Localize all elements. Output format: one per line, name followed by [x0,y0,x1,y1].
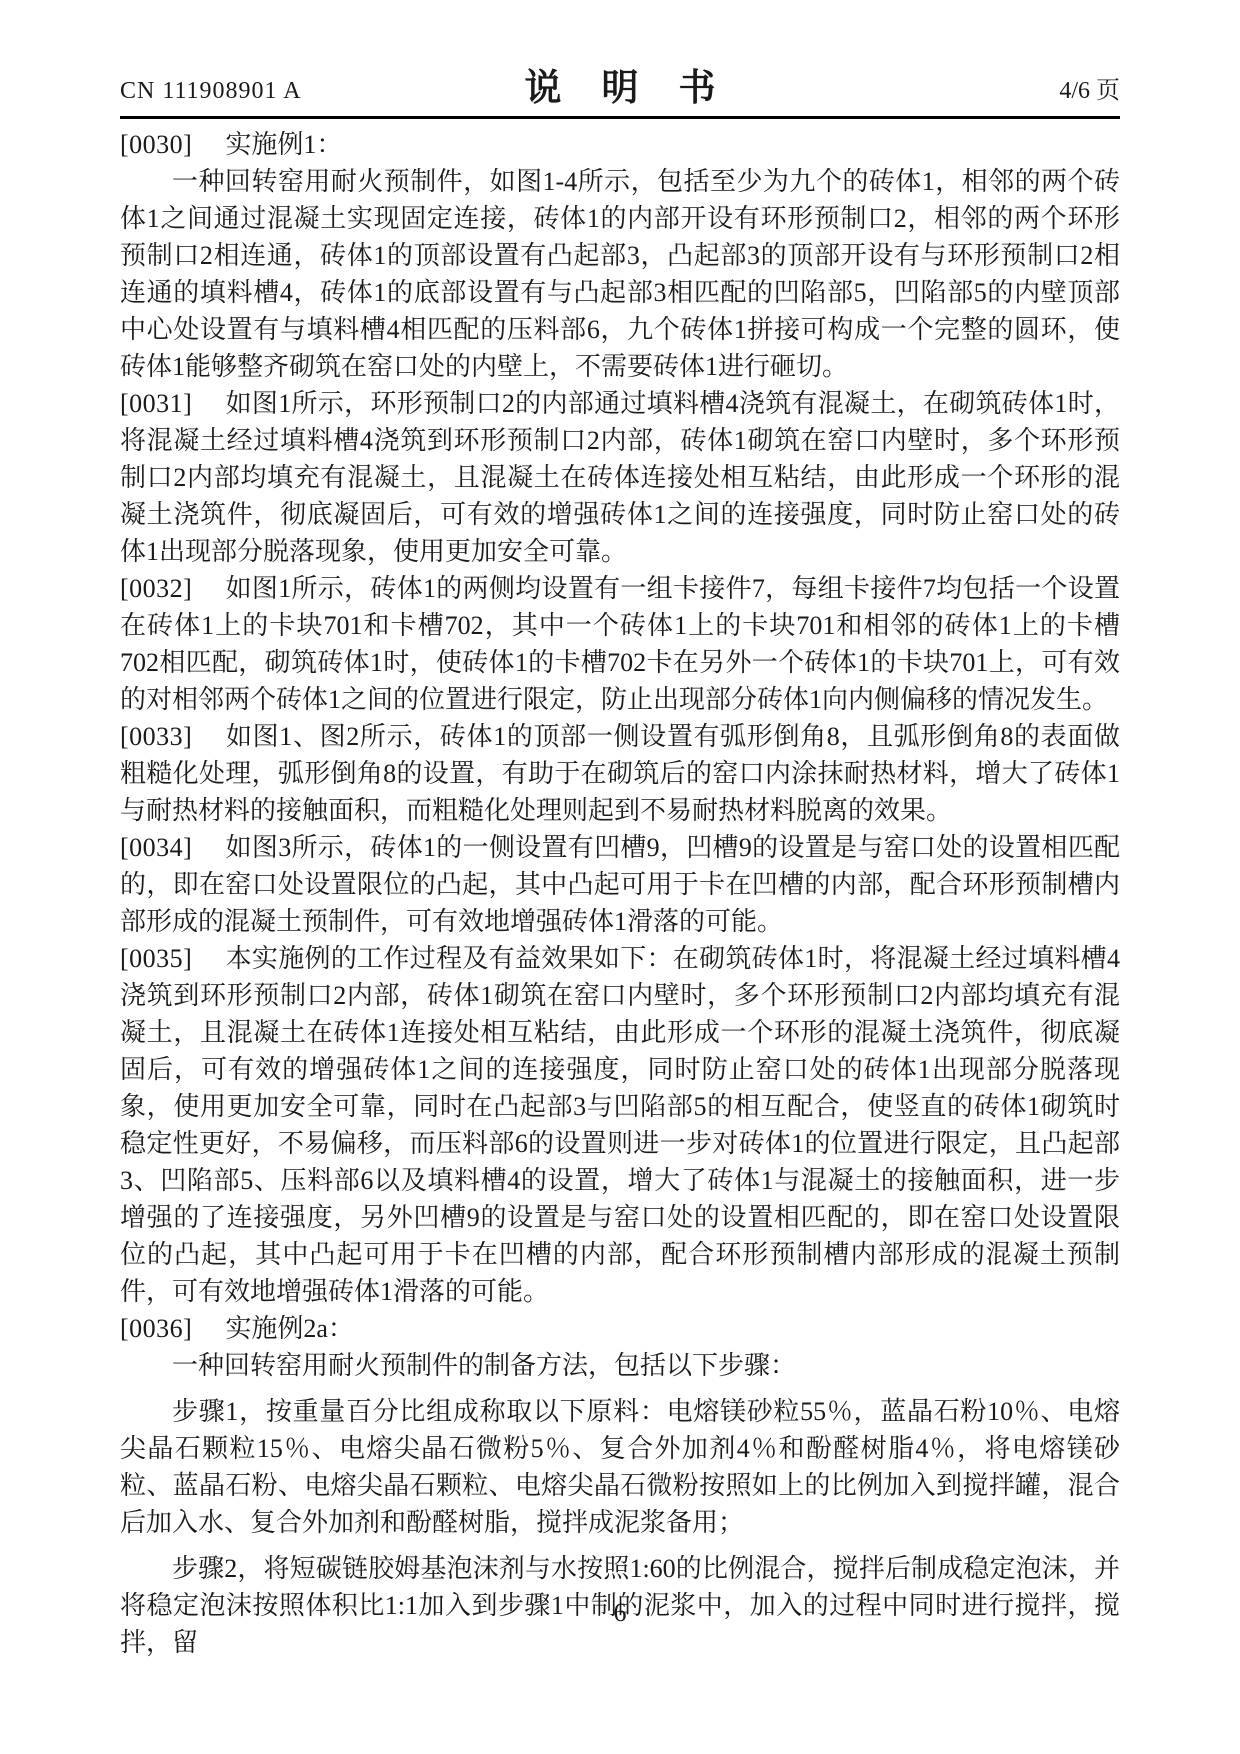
paragraph: 一种回转窑用耐火预制件，如图1-4所示，包括至少为九个的砖体1，相邻的两个砖体1… [120,163,1120,385]
page-header: CN 111908901 A 说明书 4/6 页 [120,70,1120,107]
paragraph-text: 如图1所示，环形预制口2的内部通过填料槽4浇筑有混凝土，在砌筑砖体1时，将混凝土… [120,389,1120,566]
paragraph: [0035]本实施例的工作过程及有益效果如下：在砌筑砖体1时，将混凝土经过填料槽… [120,940,1120,1310]
paragraph: [0030]实施例1： [120,126,1120,163]
paragraph-text: 一种回转窑用耐火预制件，如图1-4所示，包括至少为九个的砖体1，相邻的两个砖体1… [120,167,1120,381]
paragraph-text: 如图1所示，砖体1的两侧均设置有一组卡接件7，每组卡接件7均包括一个设置在砖体1… [120,574,1120,714]
patent-page: CN 111908901 A 说明书 4/6 页 [0030]实施例1：一种回转… [0,0,1240,1754]
document-title: 说明书 [485,70,756,107]
paragraph-text: 步骤1，按重量百分比组成称取以下原料：电熔镁砂粒55％，蓝晶石粉10％、电熔尖晶… [120,1397,1120,1537]
page-indicator: 4/6 页 [1059,70,1120,107]
paragraph-text: 本实施例的工作过程及有益效果如下：在砌筑砖体1时，将混凝土经过填料槽4浇筑到环形… [120,944,1120,1306]
paragraph-text: 实施例1： [225,130,342,159]
paragraph-text: 如图1、图2所示，砖体1的顶部一侧设置有弧形倒角8，且弧形倒角8的表面做粗糙化处… [120,722,1120,825]
paragraph: [0034]如图3所示，砖体1的一侧设置有凹槽9，凹槽9的设置是与窑口处的设置相… [120,829,1120,940]
paragraph-text: 如图3所示，砖体1的一侧设置有凹槽9，凹槽9的设置是与窑口处的设置相匹配的，即在… [120,833,1120,936]
page-footer: 6 [0,1598,1240,1628]
paragraph: [0032]如图1所示，砖体1的两侧均设置有一组卡接件7，每组卡接件7均包括一个… [120,570,1120,718]
paragraph: 一种回转窑用耐火预制件的制备方法，包括以下步骤： [120,1347,1120,1384]
paragraph-number: [0030] [120,130,225,159]
paragraph-text: 一种回转窑用耐火预制件的制备方法，包括以下步骤： [172,1351,796,1380]
body-paragraphs: [0030]实施例1：一种回转窑用耐火预制件，如图1-4所示，包括至少为九个的砖… [120,126,1120,1661]
paragraph-number: [0032] [120,574,225,603]
paragraph-number: [0035] [120,944,225,973]
paragraph-number: [0031] [120,389,225,418]
paragraph: [0033]如图1、图2所示，砖体1的顶部一侧设置有弧形倒角8，且弧形倒角8的表… [120,718,1120,829]
paragraph: 步骤1，按重量百分比组成称取以下原料：电熔镁砂粒55％，蓝晶石粉10％、电熔尖晶… [120,1393,1120,1541]
paragraph-text: 实施例2a： [225,1314,354,1343]
header-rule [120,116,1120,119]
paragraph: [0031]如图1所示，环形预制口2的内部通过填料槽4浇筑有混凝土，在砌筑砖体1… [120,385,1120,570]
paragraph-number: [0036] [120,1314,225,1343]
document-number: CN 111908901 A [120,78,485,107]
paragraph-number: [0033] [120,722,225,751]
paragraph: [0036]实施例2a： [120,1310,1120,1347]
paragraph-number: [0034] [120,833,225,862]
page-number: 6 [614,1598,627,1627]
